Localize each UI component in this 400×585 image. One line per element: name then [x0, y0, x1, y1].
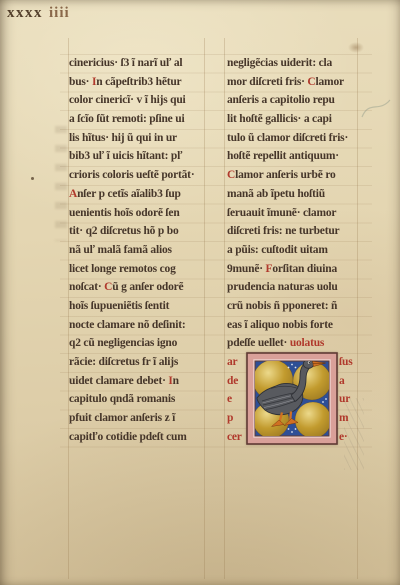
body-text: q2 cũ negligencias igno	[69, 337, 177, 349]
body-text: n cãpeſtrib3 hẽtur	[96, 76, 181, 88]
body-text: cinericius· ſ3 ĩ narĩ uľ al	[69, 57, 182, 69]
rubric-fragment-right: a	[339, 372, 345, 391]
body-text: lamor anſeris urbẽ ro	[235, 169, 335, 181]
rubric-text: A	[69, 188, 77, 200]
text-line: Anſer p cetĩs aĩalib3 ſup	[69, 185, 219, 204]
text-line: diſcreti fris: ne turbetur	[227, 222, 373, 241]
rubric-text: C	[307, 76, 315, 88]
text-line: color cinericĩ· v ĩ hijs qui	[69, 91, 219, 110]
body-text: pdeſſe uellet·	[227, 337, 290, 349]
text-line: ſeruauit ĩmunẽ· clamor	[227, 204, 373, 223]
parchment-speck	[31, 177, 34, 180]
rubric-fragment-left: cer	[227, 431, 242, 443]
text-line: bib3 uľ ĩ uicis hĩtant: pľ	[69, 147, 219, 166]
rubric-fragment-left: e	[227, 393, 232, 405]
body-text: tit· q2 diſcretus hõ p bo	[69, 225, 179, 237]
body-text: orſitan diuina	[272, 263, 337, 275]
body-text: pfuit clamor anſeris z ĩ	[69, 412, 175, 424]
body-text: lis hĩtus· hij ũ qui in ur	[69, 132, 177, 144]
text-line: uidet clamare debet· In	[69, 372, 219, 391]
body-text: lamor	[316, 76, 344, 88]
text-line: eas ĩ aliquo nobis forte	[227, 316, 373, 335]
text-line: crũ nobis ñ pponeret: ñ	[227, 297, 373, 316]
text-line: tulo ũ clamor diſcreti fris·	[227, 129, 373, 148]
text-line: crioris coloris ueſtẽ portãt·	[69, 166, 219, 185]
body-text: a pũis: cuſtodit uitam	[227, 244, 328, 256]
goose-miniature	[246, 352, 338, 445]
text-line: lis hĩtus· hij ũ qui in ur	[69, 129, 219, 148]
body-text: anſeris a capitolio repu	[227, 94, 335, 106]
body-text: ſeruauit ĩmunẽ· clamor	[227, 207, 336, 219]
body-text: 9munẽ·	[227, 263, 266, 275]
rubric-fragment-left: de	[227, 375, 238, 387]
text-line: nocte clamare nõ deſinit:	[69, 316, 219, 335]
body-text: diſcreti fris: ne turbetur	[227, 225, 339, 237]
body-text: bus·	[69, 76, 92, 88]
body-text: nocte clamare nõ deſinit:	[69, 319, 185, 331]
body-text: hoſtẽ repellit antiquum·	[227, 150, 339, 162]
body-text: uenientis hoĩs odorẽ ſen	[69, 207, 180, 219]
text-line: anſeris a capitolio repu	[227, 91, 373, 110]
text-line: 9munẽ· Forſitan diuina	[227, 260, 373, 279]
rubric-fragment-right: ſus	[339, 353, 352, 372]
body-text: a ſcĩo ſũt remoti: pſine ui	[69, 113, 184, 125]
text-line: manã ab ĩpetu hoſtiũ	[227, 185, 373, 204]
text-line: tit· q2 diſcretus hõ p bo	[69, 222, 219, 241]
body-text: crũ nobis ñ pponeret: ñ	[227, 300, 337, 312]
rubric-text: uolatus	[290, 337, 324, 349]
body-text: noſcat·	[69, 281, 104, 293]
text-line: capitľo cotidie pdeſt cum	[69, 428, 219, 447]
rubric-fragment-right: e·	[339, 428, 348, 447]
goose-illustration	[246, 352, 338, 445]
rubric-fragment-right: m	[339, 409, 348, 428]
text-line: rãcie: diſcretus fr ĩ alijs	[69, 353, 219, 372]
goose-pupil	[309, 362, 310, 363]
text-line: mor diſcreti fris· Clamor	[227, 73, 373, 92]
text-line: noſcat· Cũ g anſer odorẽ	[69, 278, 219, 297]
body-text: bib3 uľ ĩ uicis hĩtant: pľ	[69, 150, 182, 162]
body-text: color cinericĩ· v ĩ hijs qui	[69, 94, 186, 106]
text-line: q2 cũ negligencias igno	[69, 334, 219, 353]
text-column-left: cinericius· ſ3 ĩ narĩ uľ albus· In cãpeſ…	[69, 54, 219, 446]
body-text: n	[173, 375, 179, 387]
body-text: licet longe remotos cog	[69, 263, 176, 275]
folio-roman-numeral: xxxx	[7, 5, 43, 21]
body-text: tulo ũ clamor diſcreti fris·	[227, 132, 348, 144]
text-line: lit hoſtẽ gallicis· a capi	[227, 110, 373, 129]
text-line: negligẽcias uiderit: cla	[227, 54, 373, 73]
body-text: nã uľ malã famã alios	[69, 244, 172, 256]
body-text: crioris coloris ueſtẽ portãt·	[69, 169, 194, 181]
rubric-fragment-left: p	[227, 412, 233, 424]
body-text: prudencia naturas uolu	[227, 281, 338, 293]
text-line: bus· In cãpeſtrib3 hẽtur	[69, 73, 219, 92]
body-text: manã ab ĩpetu hoſtiũ	[227, 188, 325, 200]
text-line: hoſtẽ repellit antiquum·	[227, 147, 373, 166]
text-line: cinericius· ſ3 ĩ narĩ uľ al	[69, 54, 219, 73]
manuscript-page: xxxxiiii cinericius· ſ3 ĩ narĩ uľ albus·…	[0, 0, 400, 585]
body-text: uidet clamare debet·	[69, 375, 168, 387]
body-text: rãcie: diſcretus fr ĩ alijs	[69, 356, 178, 368]
text-line: a ſcĩo ſũt remoti: pſine ui	[69, 110, 219, 129]
text-line: uenientis hoĩs odorẽ ſen	[69, 204, 219, 223]
text-line: licet longe remotos cog	[69, 260, 219, 279]
body-text: eas ĩ aliquo nobis forte	[227, 319, 333, 331]
text-line: pfuit clamor anſeris z ĩ	[69, 409, 219, 428]
text-line: prudencia naturas uolu	[227, 278, 373, 297]
body-text: capitľo cotidie pdeſt cum	[69, 431, 187, 443]
text-line: nã uľ malã famã alios	[69, 241, 219, 260]
body-text: hoĩs ſupueniẽtis ſentit	[69, 300, 169, 312]
text-line: Clamor anſeris urbẽ ro	[227, 166, 373, 185]
body-text: lit hoſtẽ gallicis· a capi	[227, 113, 332, 125]
rubric-text: C	[227, 169, 235, 181]
rubric-fragment-left: ar	[227, 356, 237, 368]
body-text: negligẽcias uiderit: cla	[227, 57, 332, 69]
body-text: ũ g anſer odorẽ	[112, 281, 183, 293]
text-line: pdeſſe uellet· uolatus	[227, 334, 373, 353]
text-line: capitulo qndã romanis	[69, 390, 219, 409]
show-through-ghost-text	[55, 126, 67, 241]
body-text: nſer p cetĩs aĩalib3 ſup	[77, 188, 181, 200]
ruling-line-vertical	[224, 38, 225, 579]
body-text: mor diſcreti fris·	[227, 76, 307, 88]
rubric-fragment-right: ur	[339, 390, 350, 409]
folio-minims: iiii	[49, 5, 70, 21]
text-line: hoĩs ſupueniẽtis ſentit	[69, 297, 219, 316]
text-line: a pũis: cuſtodit uitam	[227, 241, 373, 260]
body-text: capitulo qndã romanis	[69, 393, 175, 405]
folio-number: xxxxiiii	[7, 5, 70, 22]
